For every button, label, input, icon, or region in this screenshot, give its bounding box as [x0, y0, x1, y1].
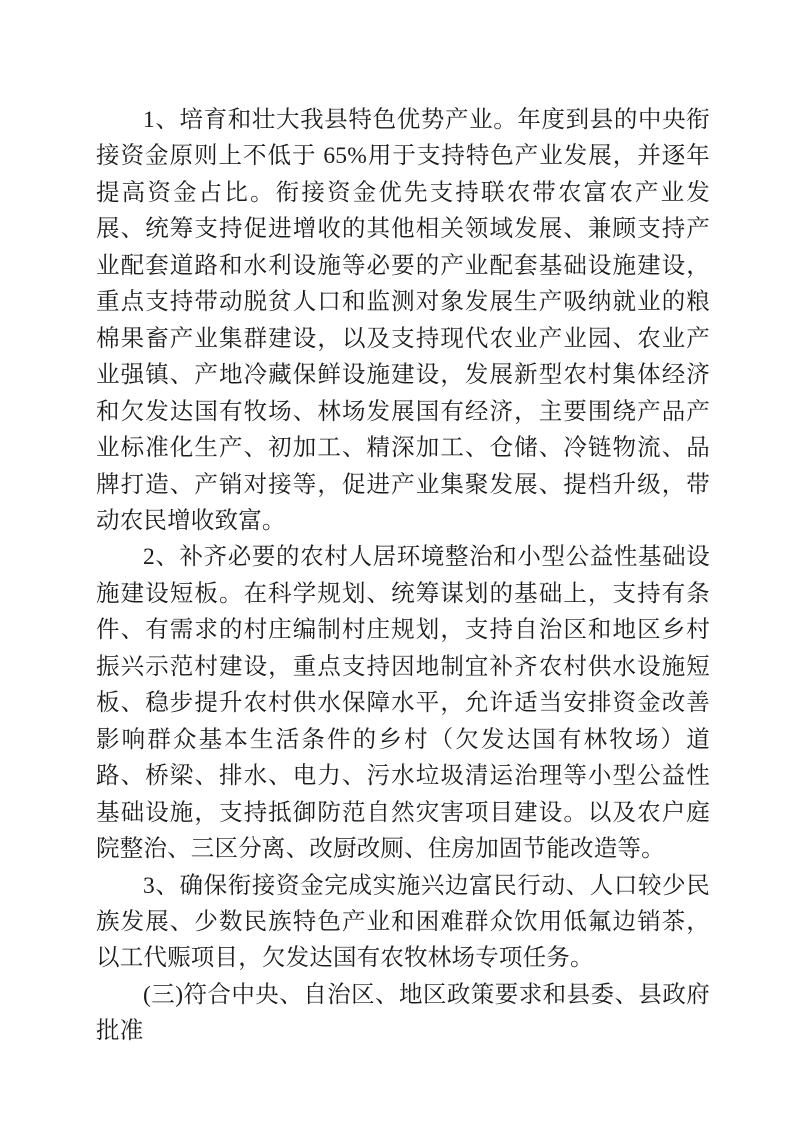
- document-page: 1、培育和壮大我县特色优势产业。年度到县的中央衔接资金原则上不低于 65%用于支…: [0, 0, 793, 1122]
- paragraph-3-special-tasks: 3、确保衔接资金完成实施兴边富民行动、人口较少民族发展、少数民族特色产业和困难群…: [96, 868, 710, 977]
- paragraph-4-section-heading: (三)符合中央、自治区、地区政策要求和县委、县政府批准: [96, 977, 710, 1050]
- paragraph-2-rural-infrastructure: 2、补齐必要的农村人居环境整治和小型公益性基础设施建设短板。在科学规划、统筹谋划…: [96, 539, 710, 867]
- document-body: 1、培育和壮大我县特色优势产业。年度到县的中央衔接资金原则上不低于 65%用于支…: [96, 102, 710, 1050]
- paragraph-1-industry-development: 1、培育和壮大我县特色优势产业。年度到县的中央衔接资金原则上不低于 65%用于支…: [96, 102, 710, 539]
